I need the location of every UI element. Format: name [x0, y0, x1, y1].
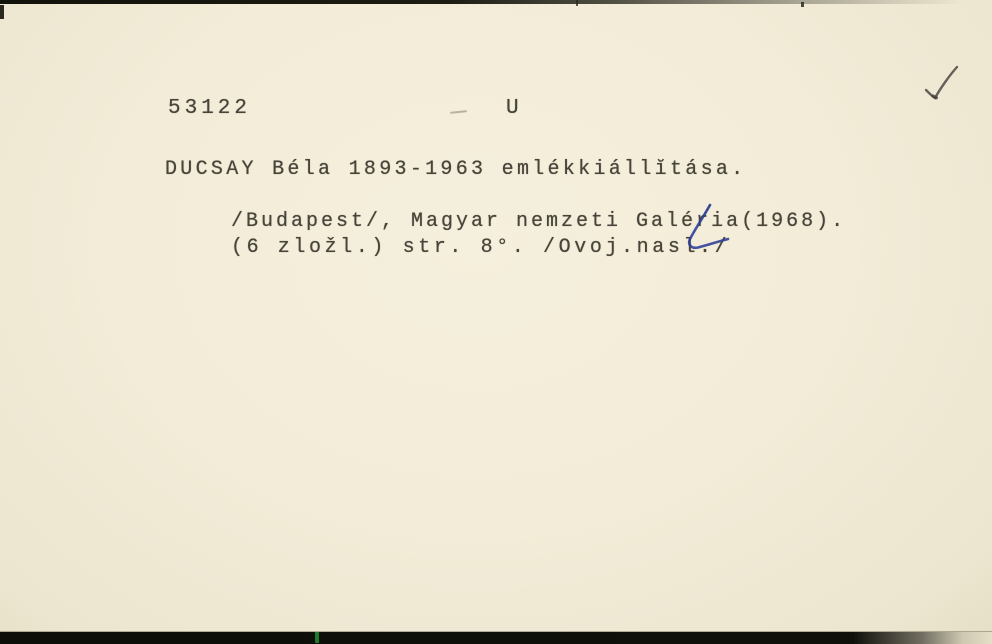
- imprint-line-1: /Budapest/, Magyar nemzeti Galéria(1968)…: [231, 210, 846, 233]
- classification-letter: U: [506, 97, 521, 120]
- imprint-line-2: (6 zložl.) str. 8°. /Ovoj.nasl./: [231, 236, 730, 259]
- scan-speck-top-right: [801, 2, 804, 7]
- pencil-checkmark-icon: [920, 56, 968, 102]
- scan-edge-bottom: [0, 632, 992, 644]
- green-edge-mark: [315, 632, 319, 643]
- title-line: DUCSAY Béla 1893-1963 emlékkiállĭtása.: [165, 158, 746, 181]
- scan-speck-top: [576, 0, 578, 6]
- blue-ink-stroke-icon: [675, 198, 737, 258]
- call-number: 53122: [168, 97, 251, 120]
- scan-speck-left: [0, 5, 4, 19]
- pencil-dash-mark: [450, 110, 467, 114]
- scan-edge-top: [0, 0, 992, 4]
- catalog-card: 53122 U DUCSAY Béla 1893-1963 emlékkiáll…: [0, 0, 992, 644]
